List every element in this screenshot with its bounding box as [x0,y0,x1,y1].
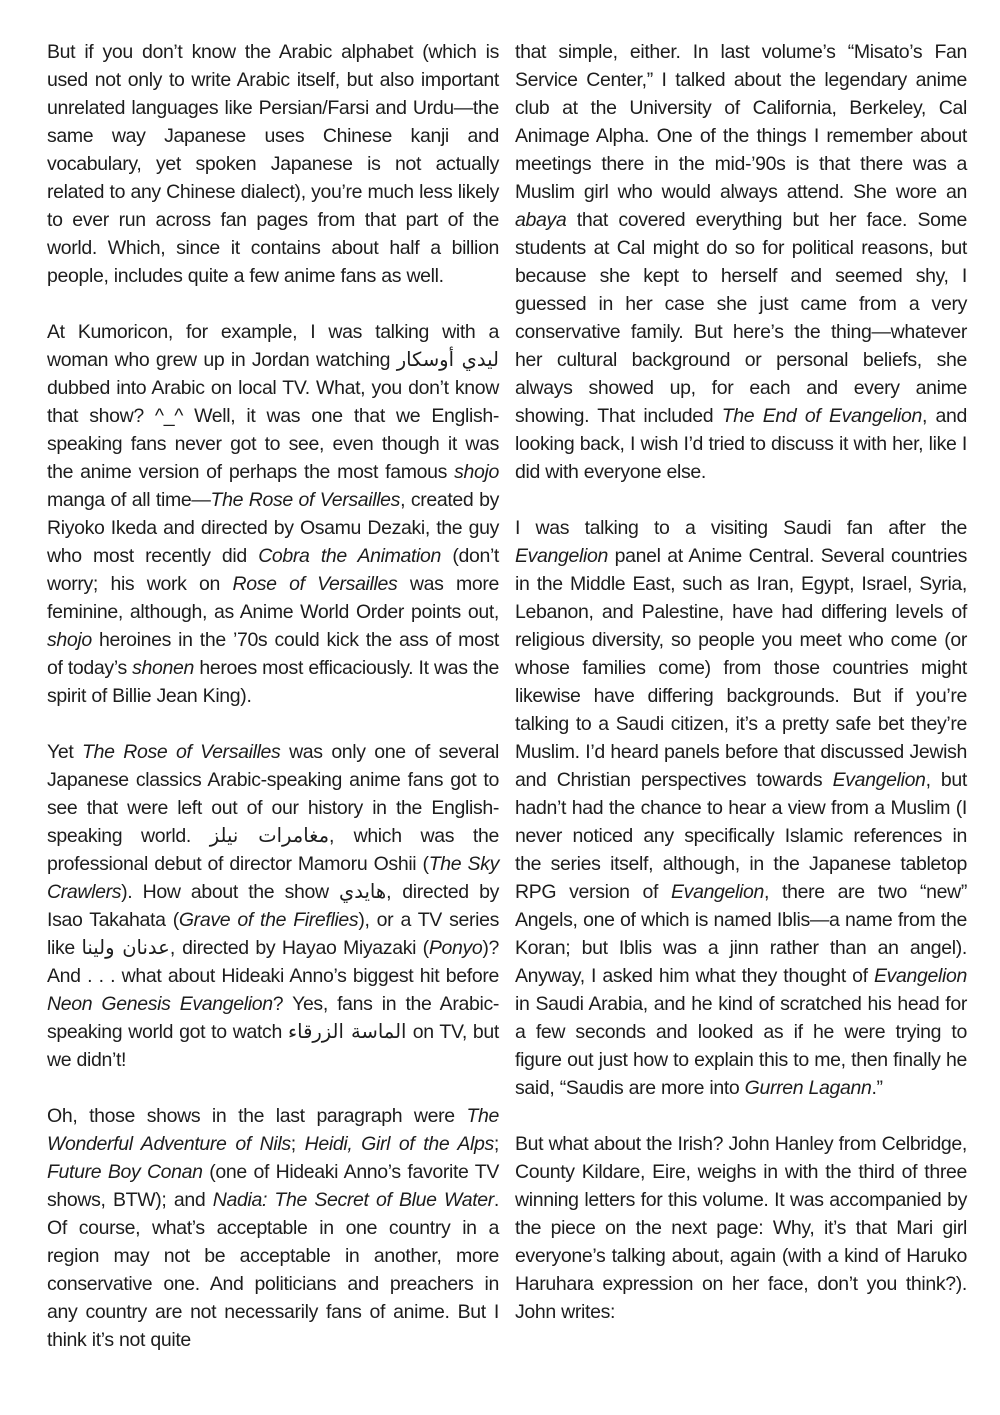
body-text: Oh, those shows in the last paragraph we… [47,1105,466,1127]
body-text: ; [494,1133,499,1155]
italic-title-text: Rose of Versailles [232,573,397,595]
italic-title-text: Neon Genesis Evangelion [47,993,273,1015]
text-column-left: But if you don’t know the Arabic alphabe… [47,38,499,1387]
italic-title-text: shonen [132,657,194,679]
italic-title-text: Evangelion [874,965,967,987]
italic-title-text: The End of Evangelion [722,405,922,427]
arabic-title-text: مغامرات نيلز [210,824,329,847]
arabic-title-text: الماسة الزرقاء [288,1020,406,1043]
paragraph: Oh, those shows in the last paragraph we… [47,1102,499,1354]
paragraph: I was talking to a visiting Saudi fan af… [515,514,967,1102]
italic-title-text: Future Boy Conan [47,1161,203,1183]
body-text: I was talking to a visiting Saudi fan af… [515,517,967,539]
italic-title-text: Evangelion [833,769,926,791]
arabic-title-text: عدنان ولينا [81,936,169,959]
italic-title-text: abaya [515,209,566,231]
book-page: But if you don’t know the Arabic alphabe… [0,0,1000,1415]
body-text: ; [291,1133,305,1155]
body-text: ). How about the show [121,881,339,903]
body-text: manga of all time— [47,489,211,511]
paragraph: that simple, either. In last volume’s “M… [515,38,967,486]
arabic-title-text: ليدي أوسكار [397,348,499,371]
paragraph: At Kumoricon, for example, I was talking… [47,318,499,710]
paragraph: Yet The Rose of Versailles was only one … [47,738,499,1074]
text-column-right: that simple, either. In last volume’s “M… [515,38,967,1387]
body-text: that covered everything but her face. So… [515,209,967,427]
italic-title-text: Evangelion [515,545,608,567]
italic-title-text: Grave of the Fireflies [179,909,358,931]
body-text: .” [871,1077,882,1099]
italic-title-text: The Rose of Versailles [211,489,401,511]
body-text: But what about the Irish? John Hanley fr… [515,1133,967,1323]
italic-title-text: Nadia: The Secret of Blue Water [213,1189,494,1211]
body-text: Yet [47,741,82,763]
body-text: that simple, either. In last volume’s “M… [515,41,967,203]
italic-title-text: Cobra the Animation [258,545,441,567]
paragraph: But what about the Irish? John Hanley fr… [515,1130,967,1326]
arabic-title-text: هايدي [339,880,386,903]
body-text: dubbed into Arabic on local TV. What, yo… [47,377,499,483]
body-text: panel at Anime Central. Several countrie… [515,545,967,791]
italic-title-text: Ponyo [429,937,483,959]
italic-title-text: Heidi, Girl of the Alps [305,1133,494,1155]
italic-title-text: shojo [47,629,92,651]
body-text: in Saudi Arabia, and he kind of scratche… [515,993,967,1099]
italic-title-text: Gurren Lagann [745,1077,872,1099]
body-text: . Of course, what’s acceptable in one co… [47,1189,499,1351]
body-text: But if you don’t know the Arabic alphabe… [47,41,499,287]
italic-title-text: The Rose of Versailles [82,741,280,763]
italic-title-text: shojo [454,461,499,483]
italic-title-text: Evangelion [671,881,764,903]
paragraph: But if you don’t know the Arabic alphabe… [47,38,499,290]
body-text: , directed by Hayao Miyazaki ( [170,937,429,959]
